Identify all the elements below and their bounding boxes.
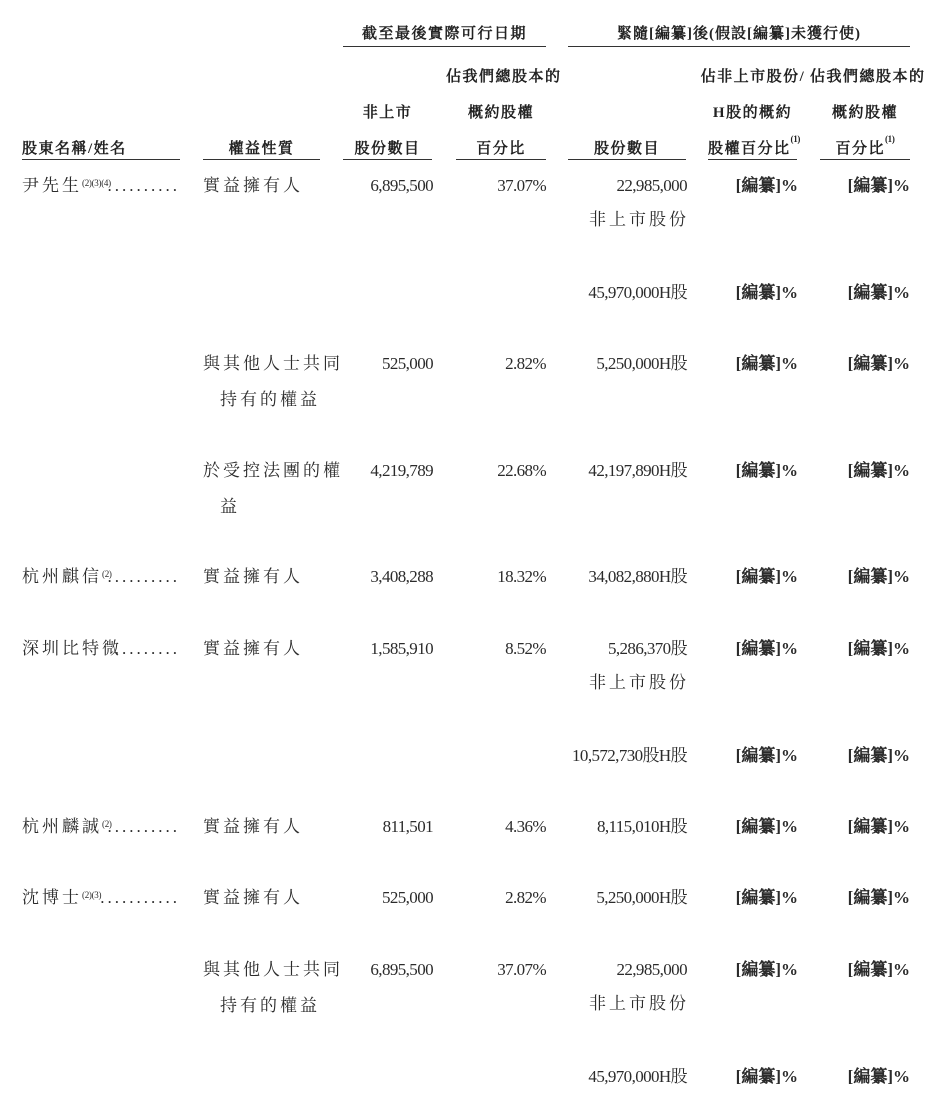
- col-rule-unlisted: [343, 159, 432, 160]
- col-header-after-pct-total-l3: 百分比(1): [820, 137, 910, 158]
- col-header-after-pct-total-l2: 概約股權: [820, 101, 910, 122]
- pct-total: 37.07%: [456, 176, 546, 196]
- after-pct-total: [編纂]%: [820, 354, 910, 374]
- nature-of-interest-line1: 實益擁有人: [203, 567, 303, 587]
- after-pct-total: [編纂]%: [820, 283, 910, 303]
- after-pct-class: [編纂]%: [708, 639, 798, 659]
- after-pct-class: [編纂]%: [708, 888, 798, 908]
- col-header-nature: 權益性質: [203, 137, 320, 158]
- unlisted-shares: 525,000: [343, 354, 433, 374]
- unlisted-shares: 811,501: [343, 817, 433, 837]
- leader-dots: ..........: [95, 176, 180, 196]
- col-rule-after-pct-total: [820, 159, 910, 160]
- after-shares-line2: 非上市股份: [560, 994, 689, 1014]
- nature-of-interest-line2: 益: [220, 497, 240, 517]
- nature-of-interest-line1: 實益擁有人: [203, 817, 303, 837]
- unlisted-shares: 525,000: [343, 888, 433, 908]
- col-rule-after-shares: [568, 159, 686, 160]
- nature-of-interest-line1: 於受控法團的權: [203, 461, 343, 481]
- after-pct-class: [編纂]%: [708, 567, 798, 587]
- after-pct-total: [編纂]%: [820, 461, 910, 481]
- after-pct-class: [編纂]%: [708, 746, 798, 766]
- footnote-ref: (1): [791, 134, 801, 144]
- unlisted-shares: 6,895,500: [343, 176, 433, 196]
- pct-total: 37.07%: [456, 960, 546, 980]
- group-header-as-of-date: 截至最後實際可行日期: [343, 22, 546, 43]
- after-pct-total: [編纂]%: [820, 746, 910, 766]
- group-header-after-offering: 緊隨[編纂]後(假設[編纂]未獲行使): [568, 22, 910, 43]
- after-pct-total: [編纂]%: [820, 888, 910, 908]
- shareholder-name-text: 杭州麟誠: [22, 817, 102, 836]
- shareholder-name-text: 尹先生: [22, 176, 82, 195]
- pct-total: 4.36%: [456, 817, 546, 837]
- shareholder-name-text: 沈博士: [22, 888, 82, 907]
- col-header-after-pct-class-l2: H股的概約: [708, 101, 797, 122]
- col-header-pct-total-l1: 佔我們總股本的: [446, 65, 556, 86]
- after-shares-line1: 45,970,000H股: [560, 283, 687, 303]
- after-pct-total: [編纂]%: [820, 1067, 910, 1087]
- unlisted-shares: 4,219,789: [343, 461, 433, 481]
- nature-of-interest-line1: 實益擁有人: [203, 888, 303, 908]
- shareholder-name-text: 杭州麒信: [22, 567, 102, 586]
- after-pct-class: [編纂]%: [708, 354, 798, 374]
- leader-dots: ..........: [95, 817, 180, 837]
- after-shares-line1: 5,286,370股: [560, 639, 687, 659]
- after-shares-line1: 22,985,000: [560, 960, 687, 980]
- leader-dots: .........: [95, 639, 180, 659]
- nature-of-interest-line2: 持有的權益: [220, 996, 320, 1016]
- group-header-rule-right: [568, 46, 910, 47]
- after-pct-class: [編纂]%: [708, 461, 798, 481]
- unlisted-shares: 6,895,500: [343, 960, 433, 980]
- after-pct-class: [編纂]%: [708, 283, 798, 303]
- after-pct-total: [編纂]%: [820, 817, 910, 837]
- col-header-after-pct-class-l3: 股權百分比(1): [708, 137, 797, 158]
- col-header-after-pct-class-l1: 佔非上市股份/: [700, 65, 806, 86]
- col-rule-after-pct-class: [708, 159, 797, 160]
- group-header-rule-left: [343, 46, 546, 47]
- col-header-pct-total-l2: 概約股權: [456, 101, 546, 122]
- leader-dots: ..........: [95, 567, 180, 587]
- after-shares-line1: 5,250,000H股: [560, 888, 687, 908]
- col-header-shareholder: 股東名稱/姓名: [22, 137, 127, 158]
- after-shares-line1: 5,250,000H股: [560, 354, 687, 374]
- after-pct-total: [編纂]%: [820, 567, 910, 587]
- after-shares-line1: 22,985,000: [560, 176, 687, 196]
- after-pct-class: [編纂]%: [708, 176, 798, 196]
- after-pct-class: [編纂]%: [708, 960, 798, 980]
- col-header-text: 百分比: [835, 141, 885, 157]
- after-shares-line1: 34,082,880H股: [560, 567, 687, 587]
- after-pct-total: [編纂]%: [820, 176, 910, 196]
- nature-of-interest-line2: 持有的權益: [220, 390, 320, 410]
- unlisted-shares: 1,585,910: [343, 639, 433, 659]
- pct-total: 18.32%: [456, 567, 546, 587]
- pct-total: 2.82%: [456, 354, 546, 374]
- col-header-pct-total-l3: 百分比: [456, 137, 546, 158]
- after-shares-line2: 非上市股份: [560, 673, 689, 693]
- col-rule-pct-total: [456, 159, 546, 160]
- col-header-text: 股權百分比: [708, 141, 791, 157]
- col-header-after-shares: 股份數目: [568, 137, 686, 158]
- col-header-unlisted-l1: 非上市: [343, 101, 432, 122]
- nature-of-interest-line1: 與其他人士共同: [203, 960, 343, 980]
- footnote-ref: (1): [885, 134, 895, 144]
- after-pct-class: [編纂]%: [708, 1067, 798, 1087]
- after-pct-total: [編纂]%: [820, 639, 910, 659]
- nature-of-interest-line1: 與其他人士共同: [203, 354, 343, 374]
- col-header-unlisted-l2: 股份數目: [343, 137, 432, 158]
- pct-total: 2.82%: [456, 888, 546, 908]
- after-shares-line1: 10,572,730股H股: [560, 746, 687, 766]
- after-shares-line2: 非上市股份: [560, 210, 689, 230]
- after-shares-line1: 42,197,890H股: [560, 461, 687, 481]
- nature-of-interest-line1: 實益擁有人: [203, 639, 303, 659]
- unlisted-shares: 3,408,288: [343, 567, 433, 587]
- col-rule-nature: [203, 159, 320, 160]
- pct-total: 22.68%: [456, 461, 546, 481]
- col-rule-shareholder: [22, 159, 180, 160]
- leader-dots: ...........: [95, 888, 180, 908]
- after-pct-class: [編纂]%: [708, 817, 798, 837]
- after-shares-line1: 45,970,000H股: [560, 1067, 687, 1087]
- after-shares-line1: 8,115,010H股: [560, 817, 687, 837]
- col-header-after-pct-total-l1: 佔我們總股本的: [810, 65, 920, 86]
- after-pct-total: [編纂]%: [820, 960, 910, 980]
- shareholder-name: 沈博士(2)(3): [22, 888, 101, 908]
- pct-total: 8.52%: [456, 639, 546, 659]
- nature-of-interest-line1: 實益擁有人: [203, 176, 303, 196]
